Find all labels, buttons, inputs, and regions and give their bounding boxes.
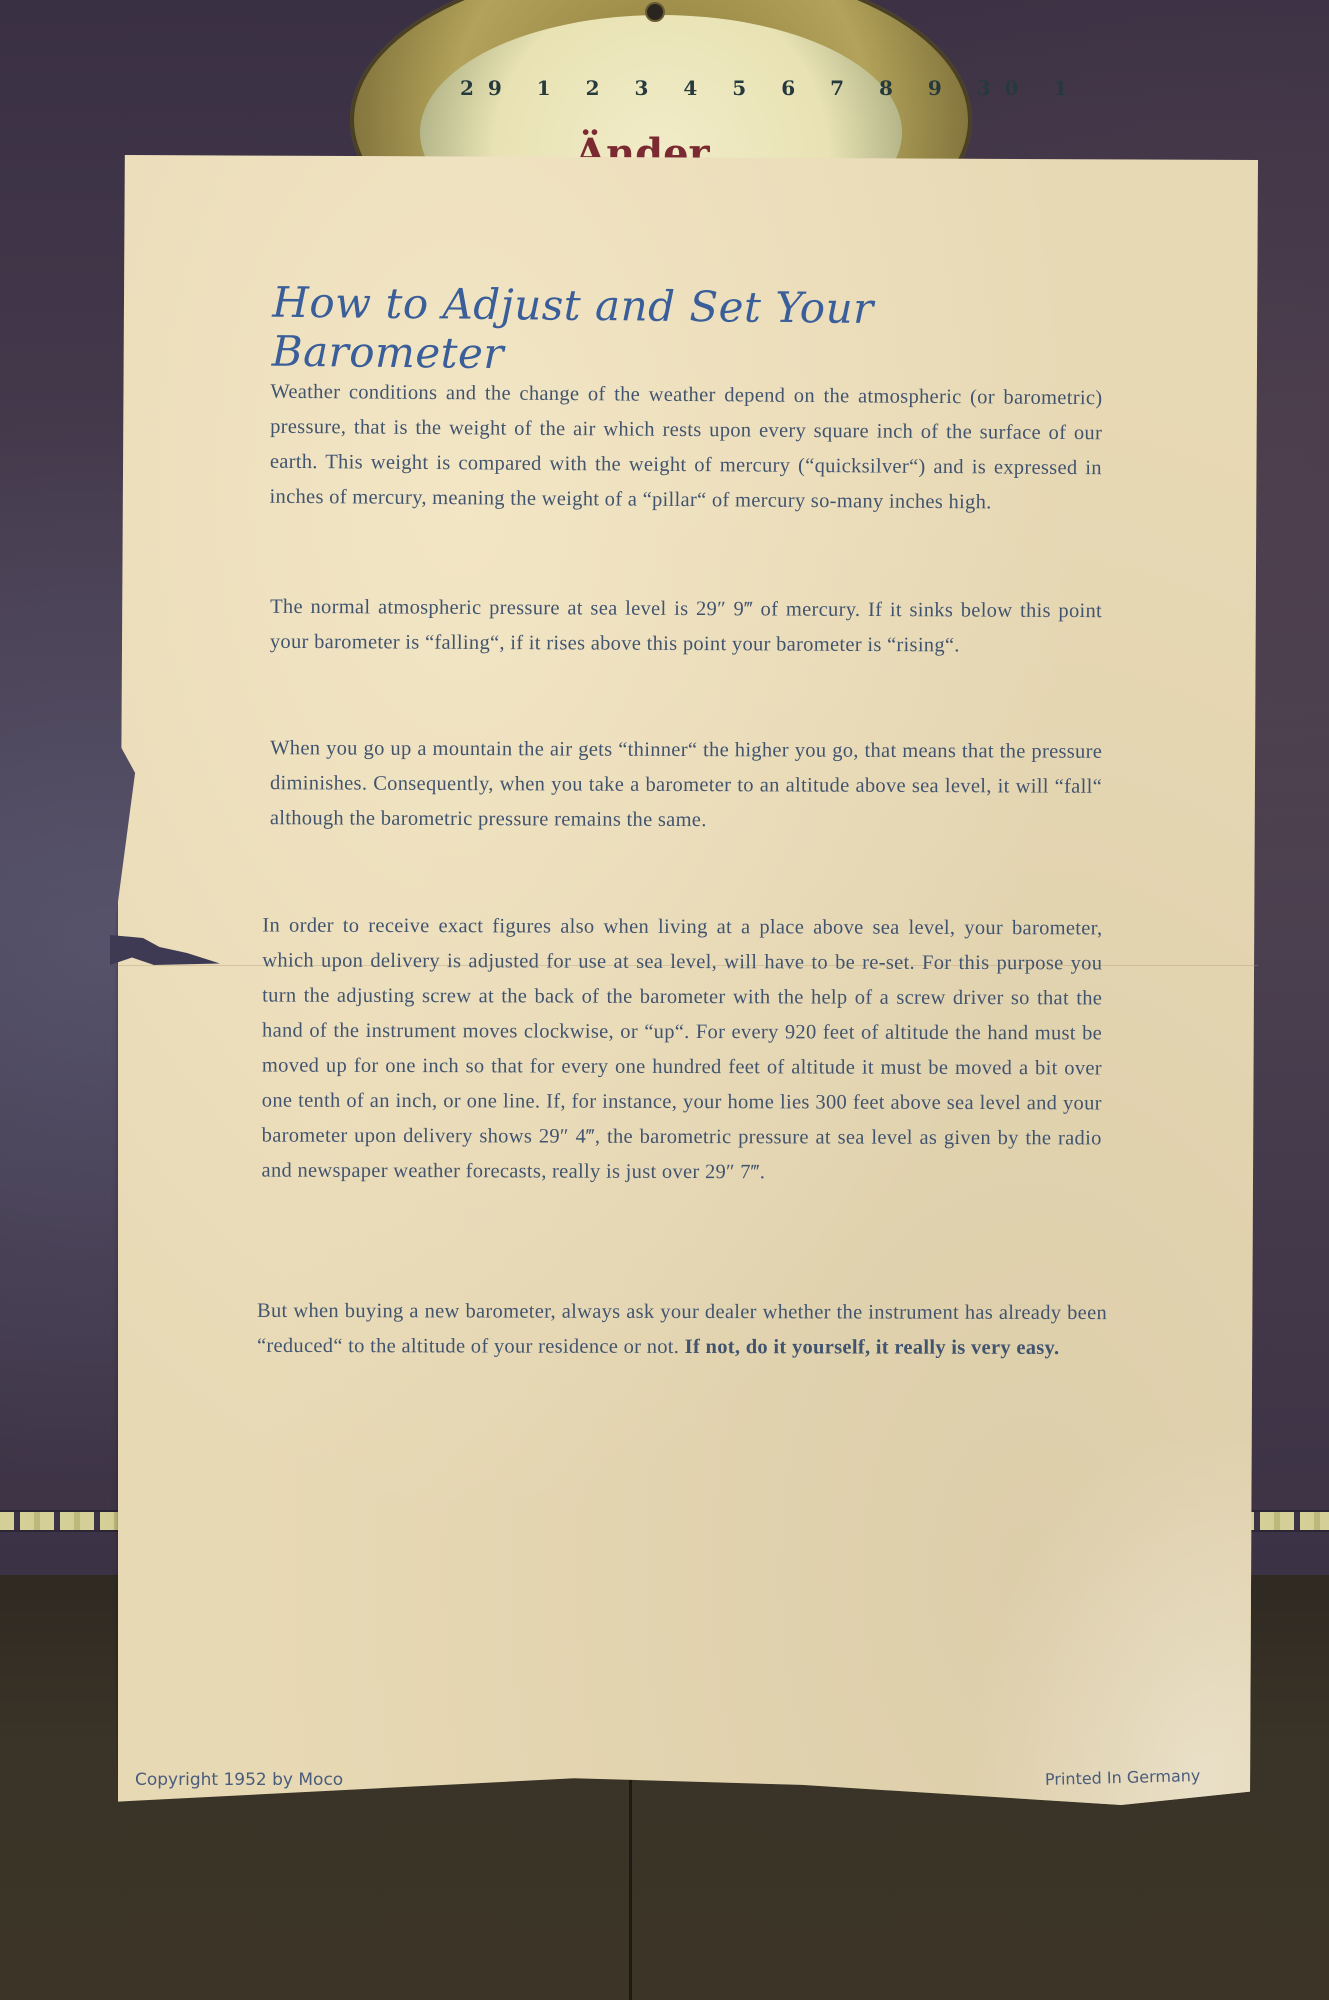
paragraph-adjusting: In order to receive exact figures also w…: [262, 909, 1103, 1192]
printed-in-notice: Printed In Germany: [1045, 1766, 1201, 1789]
copyright-notice: Copyright 1952 by Moco: [135, 1770, 343, 1790]
paragraph-normal-pressure: The normal atmospheric pressure at sea l…: [270, 590, 1102, 664]
document-title: How to Adjust and Set Your Barometer: [272, 278, 1103, 385]
paragraph-atmospheric-pressure: Weather conditions and the change of the…: [269, 375, 1102, 522]
closing-sentence: If not, do it yourself, it really is ver…: [685, 1336, 1060, 1359]
barometer-hook-icon: [645, 2, 665, 22]
paragraph-buying-advice: But when buying a new barometer, always …: [257, 1294, 1107, 1366]
barometer-scale-numbers: 29 1 2 3 4 5 6 7 8 9 30 1: [460, 76, 880, 100]
paragraph-altitude: When you go up a mountain the air gets “…: [270, 731, 1102, 840]
